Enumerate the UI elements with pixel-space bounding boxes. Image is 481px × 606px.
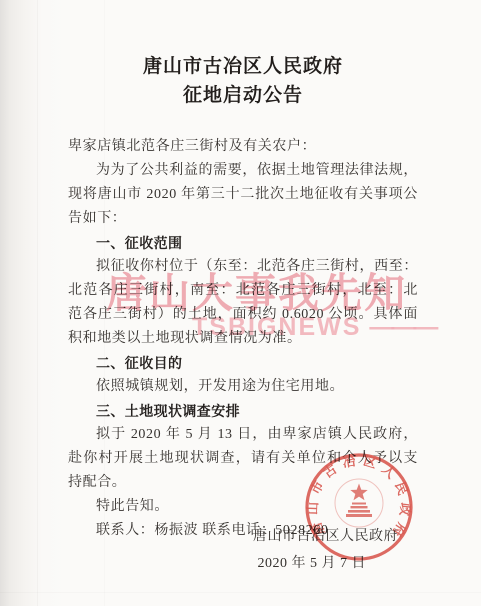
salutation: 卑家店镇北范各庄三街村及有关农户：	[68, 135, 418, 159]
signature-block: 唐山市古冶区人民政府 2020 年 5 月 7 日	[68, 526, 418, 574]
section-3-heading: 三、土地现状调查安排	[68, 399, 418, 423]
document-body: 卑家店镇北范各庄三街村及有关农户： 为为了公共利益的需要，依据土地管理法律法规，…	[68, 135, 418, 543]
scan-artifact-line	[37, 0, 38, 606]
issuing-authority: 唐山市古冶区人民政府	[68, 526, 418, 547]
section-1-paragraph: 拟征收你村位于（东至：北范各庄三街村，西至：北范各庄三街村，南至：北范各庄三街村…	[68, 255, 418, 351]
intro-paragraph: 为为了公共利益的需要，依据土地管理法律法规，现将唐山市 2020 年第三十二批次…	[68, 159, 418, 231]
title-line-notice: 征地启动公告	[66, 81, 420, 110]
issue-date: 2020 年 5 月 7 日	[68, 553, 418, 574]
document-title: 唐山市古冶区人民政府 征地启动公告	[66, 52, 420, 110]
closing-line: 特此告知。	[68, 495, 418, 519]
section-1-heading: 一、征收范围	[68, 231, 418, 255]
scan-artifact-line	[0, 592, 481, 593]
section-3-paragraph: 拟于 2020 年 5 月 13 日，由卑家店镇人民政府，赴你村开展土地现状调查…	[68, 423, 418, 495]
section-2-paragraph: 依照城镇规划，开发用途为住宅用地。	[68, 375, 418, 399]
scanned-document-page: 唐山市古冶区人民政府 征地启动公告 卑家店镇北范各庄三街村及有关农户： 为为了公…	[0, 0, 481, 606]
section-2-heading: 二、征收目的	[68, 351, 418, 375]
title-line-government: 唐山市古冶区人民政府	[66, 52, 420, 81]
